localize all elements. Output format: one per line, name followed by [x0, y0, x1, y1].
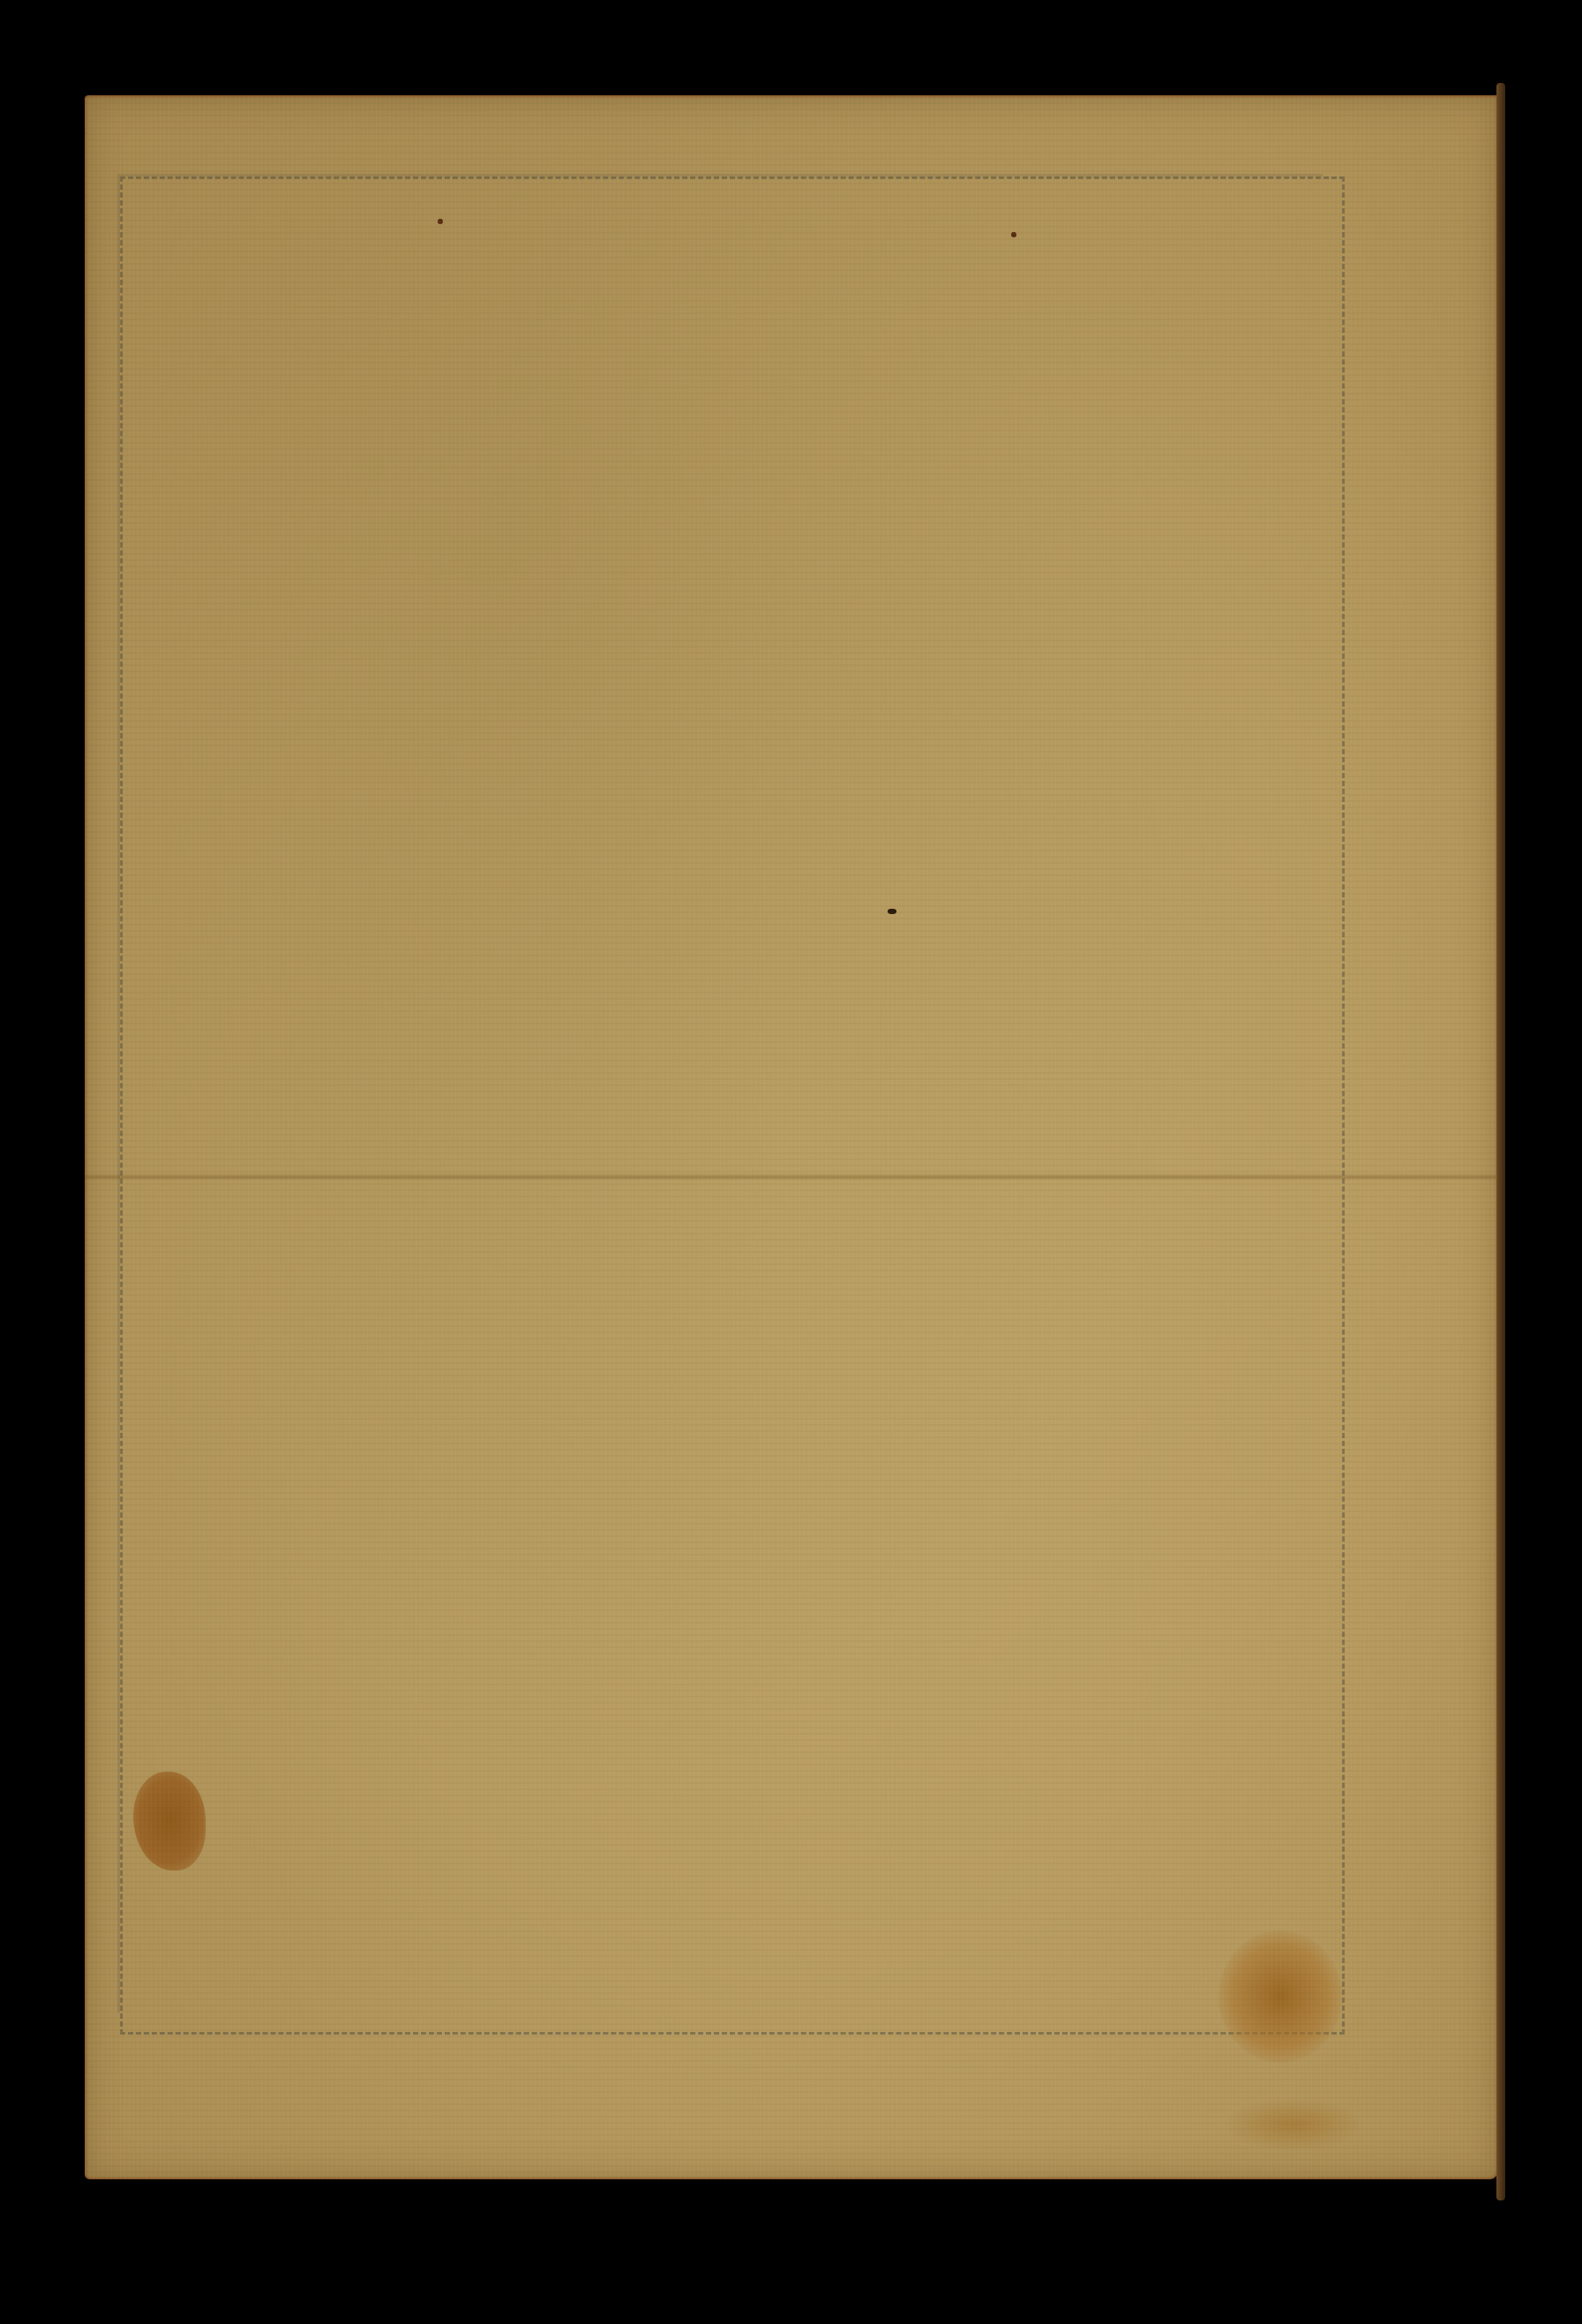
document-sheet	[85, 95, 1498, 2179]
stain-bottom-right	[1223, 2098, 1364, 2151]
paper-edge	[1496, 83, 1505, 2200]
stain-lower-right	[1218, 1930, 1342, 2063]
ink-speck	[888, 909, 896, 914]
printed-border-frame	[120, 176, 1345, 2035]
ink-speck	[438, 219, 443, 224]
ink-speck	[1011, 232, 1016, 237]
center-fold-line	[85, 1173, 1498, 1181]
document-visible-text	[85, 95, 86, 96]
